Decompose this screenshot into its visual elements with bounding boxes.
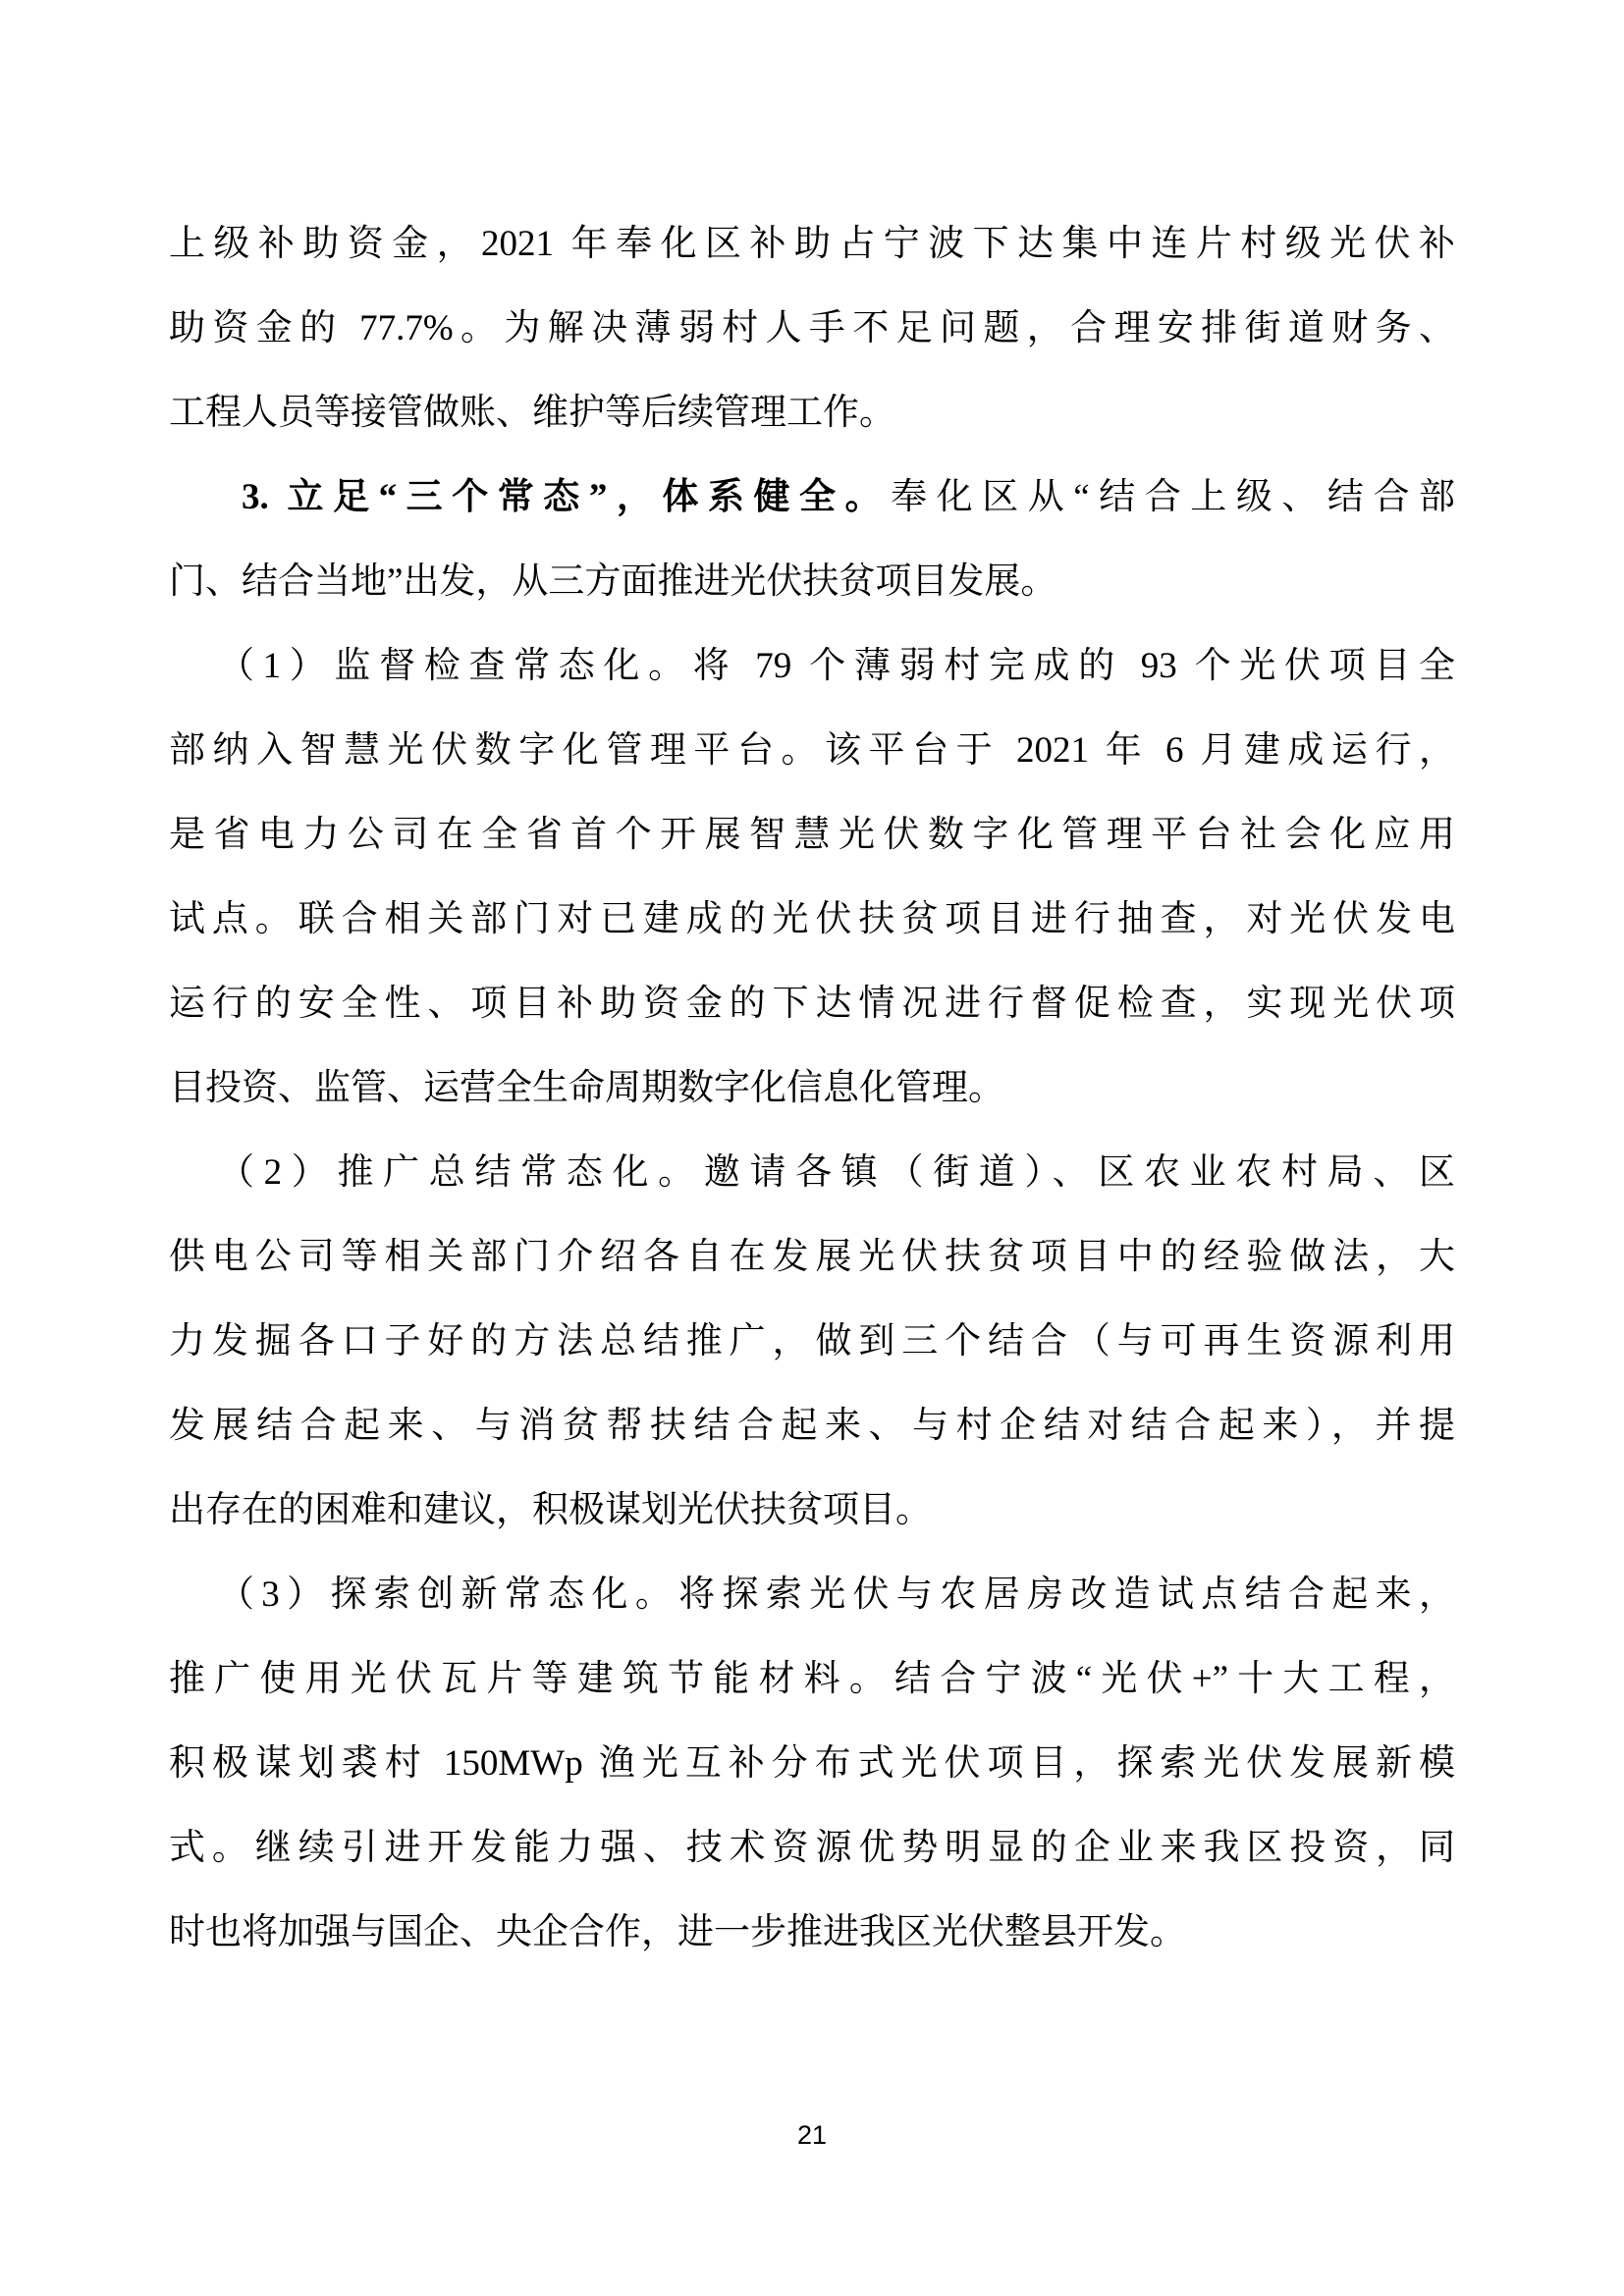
text-line: 目投资、监管、运营全生命周期数字化信息化管理。 bbox=[169, 1046, 1455, 1131]
text-run: 积极谋划裘村 150MWp 渔光互补分布式光伏项目，探索光伏发展新模 bbox=[169, 1743, 1455, 1784]
text-line: （2）推广总结常态化。邀请各镇（街道）、区农业农村局、区 bbox=[169, 1131, 1455, 1215]
text-run: （3）探索创新常态化。将探索光伏与农居房改造试点结合起来， bbox=[218, 1575, 1455, 1615]
text-line: 试点。联合相关部门对已建成的光伏扶贫项目进行抽查，对光伏发电 bbox=[169, 878, 1455, 962]
text-line: 供电公司等相关部门介绍各自在发展光伏扶贫项目中的经验做法，大 bbox=[169, 1215, 1455, 1300]
text-line: 工程人员等接管做账、维护等后续管理工作。 bbox=[169, 371, 1455, 455]
text-run: 式。继续引进开发能力强、技术资源优势明显的企业来我区投资，同 bbox=[169, 1828, 1455, 1868]
text-line: 出存在的困难和建议，积极谋划光伏扶贫项目。 bbox=[169, 1468, 1455, 1553]
text-run: 推广使用光伏瓦片等建筑节能材料。结合宁波“光伏+”十大工程， bbox=[169, 1659, 1455, 1699]
bold-run: 3. 立足“三个常态”，体系健全。 bbox=[242, 477, 891, 517]
text-run: 是省电力公司在全省首个开展智慧光伏数字化管理平台社会化应用 bbox=[169, 815, 1455, 855]
text-run: 上级补助资金，2021 年奉化区补助占宁波下达集中连片村级光伏补 bbox=[169, 224, 1455, 264]
text-line: 3. 立足“三个常态”，体系健全。奉化区从“结合上级、结合部 bbox=[169, 455, 1455, 540]
text-run: 试点。联合相关部门对已建成的光伏扶贫项目进行抽查，对光伏发电 bbox=[169, 899, 1455, 939]
page-number: 21 bbox=[0, 2120, 1624, 2151]
text-run: 助资金的 77.7%。为解决薄弱村人手不足问题，合理安排街道财务、 bbox=[169, 308, 1455, 348]
text-run: （2）推广总结常态化。邀请各镇（街道）、区农业农村局、区 bbox=[218, 1152, 1455, 1193]
text-run: 时也将加强与国企、央企合作，进一步推进我区光伏整县开发。 bbox=[169, 1912, 1186, 1952]
text-run: 出存在的困难和建议，积极谋划光伏扶贫项目。 bbox=[169, 1490, 932, 1530]
text-line: 积极谋划裘村 150MWp 渔光互补分布式光伏项目，探索光伏发展新模 bbox=[169, 1722, 1455, 1806]
text-line: 推广使用光伏瓦片等建筑节能材料。结合宁波“光伏+”十大工程， bbox=[169, 1637, 1455, 1722]
text-run: 工程人员等接管做账、维护等后续管理工作。 bbox=[169, 393, 895, 433]
text-run: 供电公司等相关部门介绍各自在发展光伏扶贫项目中的经验做法，大 bbox=[169, 1237, 1455, 1277]
text-run: 门、结合当地”出发，从三方面推进光伏扶贫项目发展。 bbox=[169, 561, 1056, 602]
text-line: 助资金的 77.7%。为解决薄弱村人手不足问题，合理安排街道财务、 bbox=[169, 287, 1455, 371]
text-run: 部纳入智慧光伏数字化管理平台。该平台于 2021 年 6 月建成运行， bbox=[169, 730, 1455, 771]
document-body: 上级补助资金，2021 年奉化区补助占宁波下达集中连片村级光伏补助资金的 77.… bbox=[169, 202, 1455, 1975]
text-line: 力发掘各口子好的方法总结推广，做到三个结合（与可再生资源利用 bbox=[169, 1300, 1455, 1384]
text-line: 门、结合当地”出发，从三方面推进光伏扶贫项目发展。 bbox=[169, 540, 1455, 624]
text-line: 是省电力公司在全省首个开展智慧光伏数字化管理平台社会化应用 bbox=[169, 793, 1455, 878]
text-line: 部纳入智慧光伏数字化管理平台。该平台于 2021 年 6 月建成运行， bbox=[169, 709, 1455, 793]
text-line: 上级补助资金，2021 年奉化区补助占宁波下达集中连片村级光伏补 bbox=[169, 202, 1455, 287]
text-run: （1）监督检查常态化。将 79 个薄弱村完成的 93 个光伏项目全 bbox=[218, 646, 1455, 686]
text-line: （1）监督检查常态化。将 79 个薄弱村完成的 93 个光伏项目全 bbox=[169, 624, 1455, 709]
text-run: 运行的安全性、项目补助资金的下达情况进行督促检查，实现光伏项 bbox=[169, 984, 1455, 1024]
text-line: 发展结合起来、与消贫帮扶结合起来、与村企结对结合起来），并提 bbox=[169, 1384, 1455, 1468]
text-run: 奉化区从“结合上级、结合部 bbox=[891, 477, 1455, 517]
text-line: 式。继续引进开发能力强、技术资源优势明显的企业来我区投资，同 bbox=[169, 1806, 1455, 1891]
text-line: 运行的安全性、项目补助资金的下达情况进行督促检查，实现光伏项 bbox=[169, 962, 1455, 1046]
document-page: 上级补助资金，2021 年奉化区补助占宁波下达集中连片村级光伏补助资金的 77.… bbox=[0, 0, 1624, 2296]
text-run: 力发掘各口子好的方法总结推广，做到三个结合（与可再生资源利用 bbox=[169, 1321, 1455, 1362]
text-run: 发展结合起来、与消贫帮扶结合起来、与村企结对结合起来），并提 bbox=[169, 1406, 1455, 1446]
text-run: 目投资、监管、运营全生命周期数字化信息化管理。 bbox=[169, 1068, 1004, 1108]
text-line: （3）探索创新常态化。将探索光伏与农居房改造试点结合起来， bbox=[169, 1553, 1455, 1637]
text-line: 时也将加强与国企、央企合作，进一步推进我区光伏整县开发。 bbox=[169, 1891, 1455, 1975]
